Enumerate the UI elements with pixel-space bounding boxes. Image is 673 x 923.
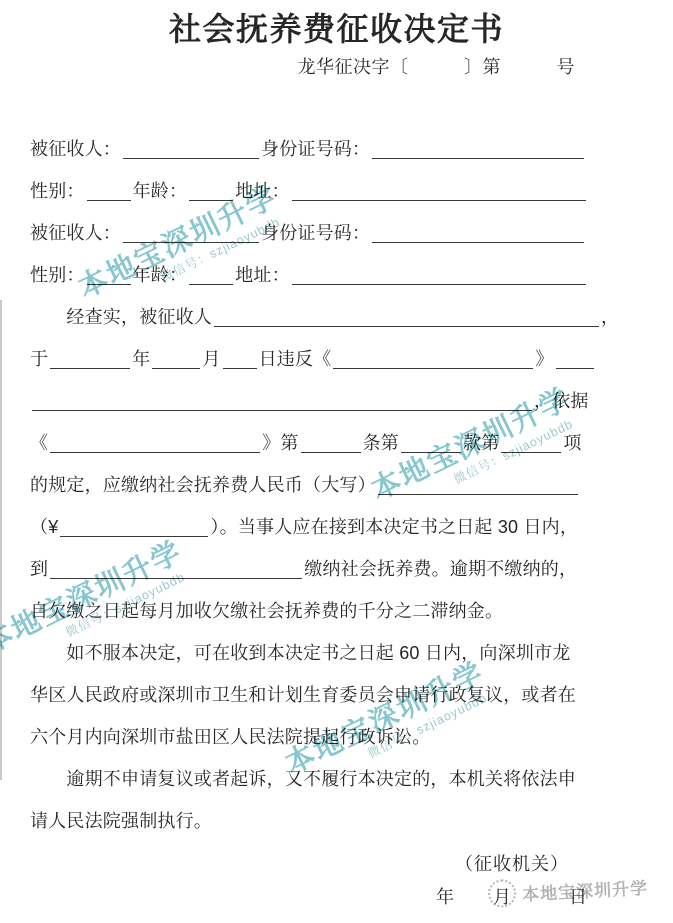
form-text: 被征收人：: [30, 139, 121, 159]
blank-field[interactable]: [401, 428, 461, 453]
form-text: ）。当事人应在接到本决定书之日起 30 日内，: [210, 517, 578, 537]
blank-field[interactable]: [372, 134, 584, 159]
blank-field[interactable]: [123, 134, 259, 159]
agency-signature-line: （征收机关）: [0, 848, 673, 880]
form-text: 性别：: [30, 265, 85, 285]
form-body: 被征收人：身份证号码：性别：年龄：地址：被征收人：身份证号码：性别：年龄：地址：…: [0, 128, 673, 842]
form-text: （¥: [30, 517, 58, 537]
form-text: 月: [202, 349, 220, 369]
form-line: 逾期不申请复议或者起诉，又不履行本决定的，本机关将依法申: [0, 758, 673, 800]
blank-field[interactable]: [301, 428, 361, 453]
form-line: ，依据: [0, 380, 673, 422]
form-line: 如不服本决定，可在收到本决定书之日起 60 日内，向深圳市龙: [0, 632, 673, 674]
form-line: （¥）。当事人应在接到本决定书之日起 30 日内，: [0, 506, 673, 548]
form-text: 年龄：: [133, 265, 188, 285]
form-text: ，: [601, 307, 619, 327]
form-text: 华区人民政府或深圳市卫生和计划生育委员会申请行政复议，或者在: [30, 685, 576, 705]
page-title: 社会抚养费征收决定书: [0, 6, 673, 52]
form-line: 自欠缴之日起每月加收欠缴社会抚养费的千分之二滞纳金。: [0, 590, 673, 632]
form-text: 逾期不申请复议或者起诉，又不履行本决定的，本机关将依法申: [30, 769, 576, 789]
form-line: 被征收人：身份证号码：: [0, 212, 673, 254]
form-line: 到缴纳社会抚养费。逾期不缴纳的，: [0, 548, 673, 590]
blank-field[interactable]: [189, 176, 233, 201]
form-text: 身份证号码：: [261, 139, 370, 159]
form-text: 到: [30, 559, 48, 579]
blank-field[interactable]: [378, 470, 578, 495]
form-line: 华区人民政府或深圳市卫生和计划生育委员会申请行政复议，或者在: [0, 674, 673, 716]
form-text: 被征收人：: [30, 223, 121, 243]
form-text: 年龄：: [133, 181, 188, 201]
blank-field[interactable]: [87, 260, 131, 285]
blank-field[interactable]: [50, 344, 130, 369]
blank-field[interactable]: [152, 344, 200, 369]
form-text: 经查实，被征收人: [30, 307, 212, 327]
form-line: 经查实，被征收人，: [0, 296, 673, 338]
blank-field[interactable]: [292, 176, 586, 201]
form-line: 于年月日违反《》: [0, 338, 673, 380]
blank-field[interactable]: [333, 344, 533, 369]
form-text: 请人民法院强制执行。: [30, 811, 212, 831]
blank-field[interactable]: [501, 428, 561, 453]
blank-field[interactable]: [87, 176, 131, 201]
form-line: 的规定，应缴纳社会抚养费人民币（大写）: [0, 464, 673, 506]
form-text: 《: [30, 433, 48, 453]
blank-field[interactable]: [60, 512, 208, 537]
doc-number-line: 龙华征决字〔 〕第 号: [0, 52, 673, 82]
form-text: 的规定，应缴纳社会抚养费人民币（大写）: [30, 475, 376, 495]
form-text: 年: [132, 349, 150, 369]
form-text: 地址：: [235, 265, 290, 285]
form-text: 地址：: [235, 181, 290, 201]
document-page: 社会抚养费征收决定书 龙华征决字〔 〕第 号 被征收人：身份证号码：性别：年龄：…: [0, 0, 673, 923]
form-text: 款第: [463, 433, 499, 453]
form-text: 身份证号码：: [261, 223, 370, 243]
form-text: 日违反《: [259, 349, 332, 369]
form-text: 性别：: [30, 181, 85, 201]
blank-field[interactable]: [189, 260, 233, 285]
form-line: 《》第条第款第项: [0, 422, 673, 464]
form-line: 请人民法院强制执行。: [0, 800, 673, 842]
date-line: 年 月 日: [0, 880, 673, 914]
blank-field[interactable]: [32, 386, 532, 411]
form-text: 》第: [262, 433, 298, 453]
blank-field[interactable]: [372, 218, 584, 243]
blank-field[interactable]: [223, 344, 257, 369]
scan-edge-artifact: [0, 300, 2, 780]
form-text: 缴纳社会抚养费。逾期不缴纳的，: [304, 559, 577, 579]
blank-field[interactable]: [292, 260, 586, 285]
form-text: 条第: [363, 433, 399, 453]
form-line: 性别：年龄：地址：: [0, 170, 673, 212]
form-text: 项: [563, 433, 581, 453]
blank-field[interactable]: [214, 302, 599, 327]
form-line: 被征收人：身份证号码：: [0, 128, 673, 170]
form-text: 如不服本决定，可在收到本决定书之日起 60 日内，向深圳市龙: [30, 643, 570, 663]
form-text: 六个月内向深圳市盐田区人民法院提起行政诉讼。: [30, 727, 430, 747]
form-text: 》: [535, 349, 553, 369]
form-text: ，依据: [534, 391, 589, 411]
blank-field[interactable]: [50, 428, 260, 453]
form-line: 六个月内向深圳市盐田区人民法院提起行政诉讼。: [0, 716, 673, 758]
blank-field[interactable]: [556, 344, 594, 369]
blank-field[interactable]: [123, 218, 259, 243]
form-line: 性别：年龄：地址：: [0, 254, 673, 296]
blank-field[interactable]: [50, 554, 302, 579]
form-text: 自欠缴之日起每月加收欠缴社会抚养费的千分之二滞纳金。: [30, 601, 503, 621]
form-text: 于: [30, 349, 48, 369]
